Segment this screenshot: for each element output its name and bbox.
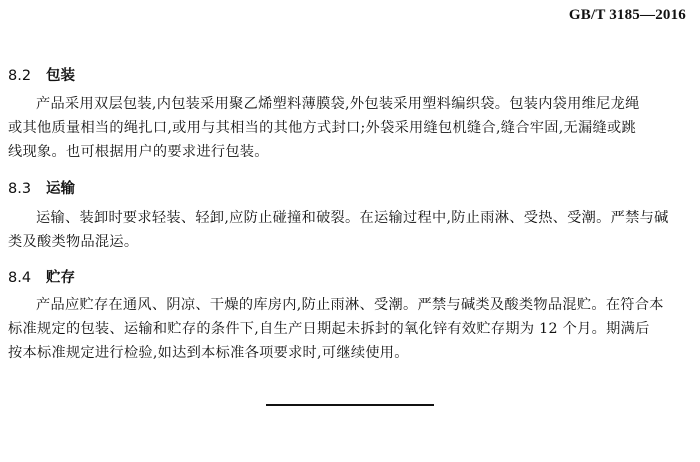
paragraph-line: 按本标准规定进行检验,如达到本标准各项要求时,可继续使用。 (8, 342, 692, 362)
paragraph-line: 产品采用双层包装,内包装采用聚乙烯塑料薄膜袋,外包装采用塑料编织袋。包装内袋用维… (36, 93, 692, 113)
section-number: 8.3 (8, 181, 46, 197)
standard-code: GB/T 3185—2016 (569, 7, 686, 24)
paragraph-line: 标准规定的包装、运输和贮存的条件下,自生产日期起未拆封的氧化锌有效贮存期为 12… (8, 318, 692, 338)
section-heading-8-4: 8.4贮存 (8, 266, 75, 287)
section-title: 包装 (46, 68, 75, 84)
section-number: 8.2 (8, 68, 46, 84)
paragraph-line: 类及酸类物品混运。 (8, 231, 692, 251)
section-heading-8-3: 8.3运输 (8, 177, 75, 198)
paragraph-line: 线现象。也可根据用户的要求进行包装。 (8, 141, 692, 161)
section-number: 8.4 (8, 270, 46, 286)
section-title: 运输 (46, 181, 75, 197)
paragraph-line: 运输、装卸时要求轻装、轻卸,应防止碰撞和破裂。在运输过程中,防止雨淋、受热、受潮… (36, 207, 692, 227)
section-title: 贮存 (46, 270, 75, 286)
paragraph-line: 或其他质量相当的绳扎口,或用与其相当的其他方式封口;外袋采用缝包机缝合,缝合牢固… (8, 117, 692, 137)
section-heading-8-2: 8.2包装 (8, 64, 75, 85)
end-rule (266, 404, 434, 406)
paragraph-line: 产品应贮存在通风、阴凉、干燥的库房内,防止雨淋、受潮。严禁与碱类及酸类物品混贮。… (36, 294, 692, 314)
